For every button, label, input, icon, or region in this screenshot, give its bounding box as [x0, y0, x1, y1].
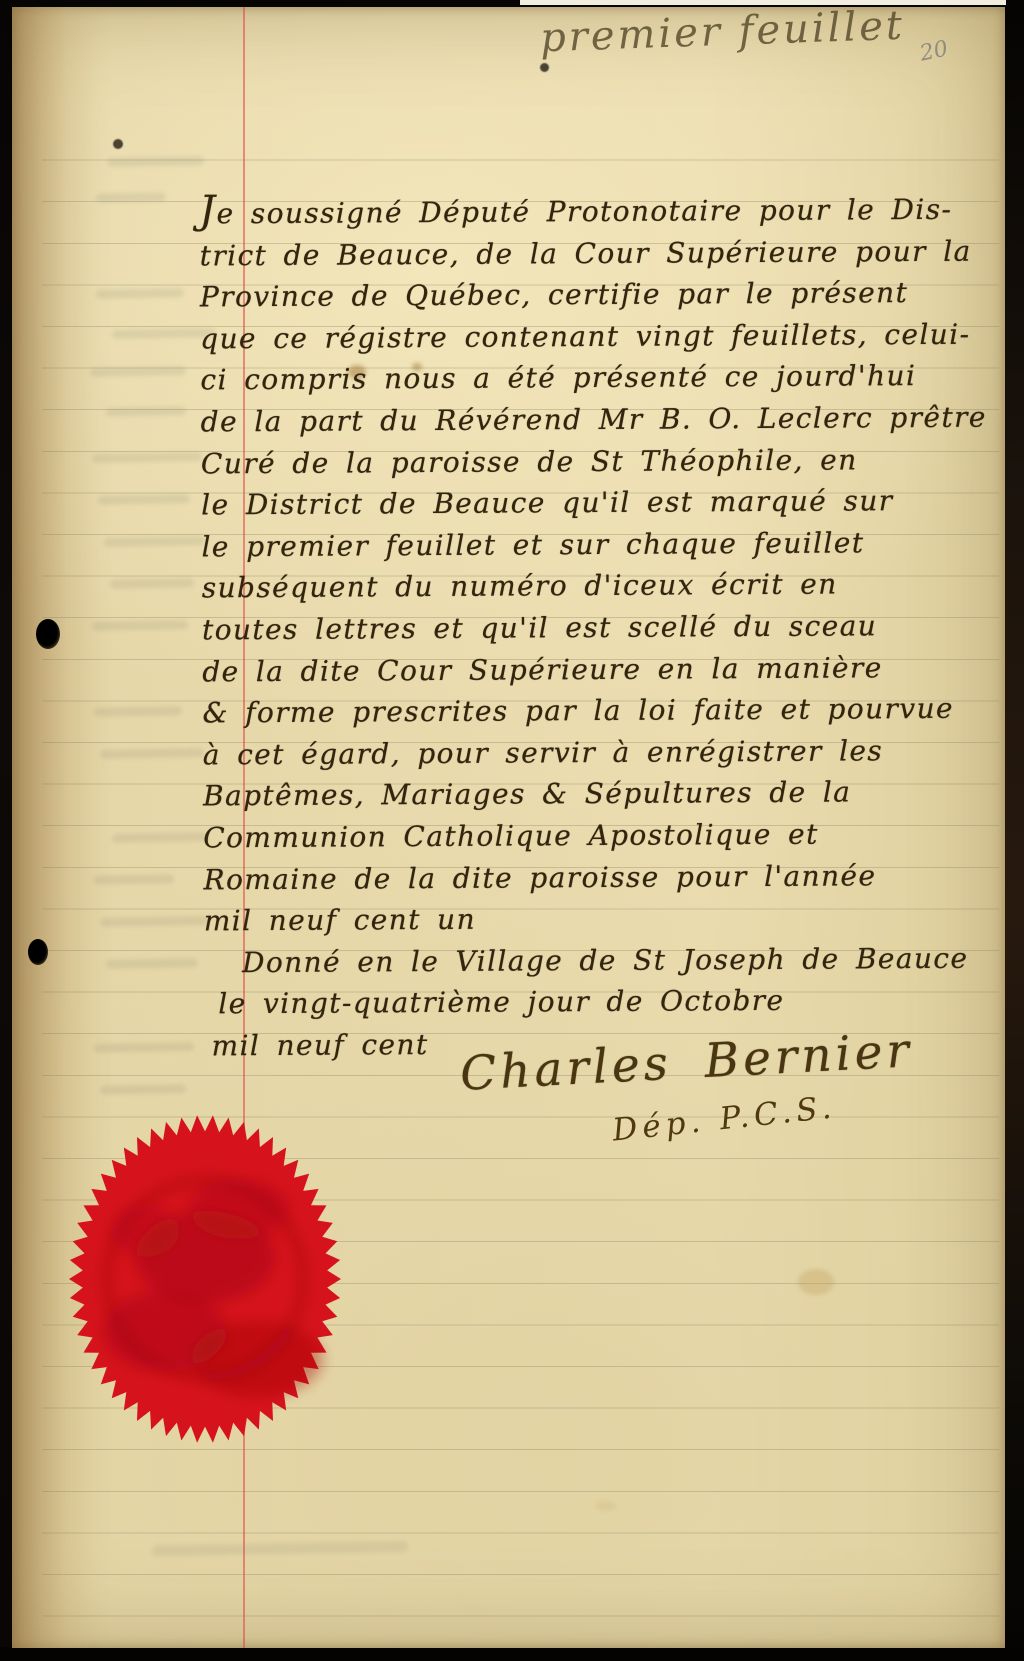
- certificate-body: Je soussigné Député Protonotaire pour le…: [199, 186, 990, 1067]
- manuscript-line: à cet égard, pour servir à enrégistrer l…: [203, 729, 989, 775]
- bleedthrough-smudge: [110, 578, 194, 588]
- manuscript-line: le District de Beauce qu'il est marqué s…: [201, 480, 987, 526]
- bleedthrough-smudge: [96, 192, 166, 202]
- bleedthrough-smudge: [100, 1084, 186, 1094]
- ink-speck: [113, 139, 123, 149]
- manuscript-line: subséquent du numéro d'iceux écrit en: [202, 563, 988, 609]
- bleedthrough-smudge: [98, 494, 190, 505]
- manuscript-line: Romaine de la dite paroisse pour l'année: [203, 854, 989, 900]
- bleedthrough-smudge: [104, 536, 204, 547]
- scan-background-bottom: [0, 1647, 1024, 1661]
- bleedthrough-smudge: [94, 706, 182, 717]
- manuscript-line: Je soussigné Député Protonotaire pour le…: [199, 186, 985, 235]
- bleedthrough-smudge: [94, 874, 174, 884]
- manuscript-line: toutes lettres et qu'il est scellé du sc…: [202, 605, 988, 651]
- manuscript-line: trict de Beauce, de la Cour Supérieure p…: [200, 230, 986, 276]
- manuscript-line: mil neuf cent un: [204, 896, 990, 942]
- manuscript-line: Donné en le Village de St Joseph de Beau…: [242, 937, 990, 983]
- binding-hole: [36, 619, 60, 649]
- manuscript-line: le premier feuillet et sur chaque feuill…: [201, 521, 987, 567]
- bleedthrough-smudge: [92, 452, 202, 463]
- paper-stain: [596, 1501, 616, 1511]
- manuscript-line: Curé de la paroisse de St Théophile, en: [201, 438, 987, 484]
- manuscript-line: que ce régistre contenant vingt feuillet…: [200, 313, 986, 359]
- document-scan: premier feuillet 20 Je soussigné Député …: [0, 0, 1024, 1661]
- register-page: premier feuillet 20 Je soussigné Député …: [12, 7, 1005, 1648]
- bleedthrough-smudge: [106, 958, 198, 969]
- manuscript-line: Province de Québec, certifie par le prés…: [200, 272, 986, 318]
- ink-speck: [540, 63, 549, 72]
- bleedthrough-smudge: [92, 620, 188, 631]
- bleedthrough-smudge: [100, 748, 204, 759]
- bleedthrough-smudge: [112, 832, 208, 843]
- binding-hole: [28, 939, 48, 965]
- bleedthrough-smudge: [108, 156, 204, 167]
- manuscript-line: Baptêmes, Mariages & Sépultures de la: [203, 771, 989, 817]
- page-edge-highlight: [520, 0, 1006, 5]
- header-inscription: premier feuillet: [539, 7, 905, 61]
- manuscript-line: ci compris nous a été présenté ce jourd'…: [200, 355, 986, 401]
- manuscript-line: de la dite Cour Supérieure en la manière: [202, 646, 988, 692]
- bleedthrough-smudge: [106, 406, 186, 416]
- bleedthrough-smudge: [94, 1042, 194, 1053]
- red-wax-seal: [55, 1107, 355, 1451]
- manuscript-line: Communion Catholique Apostolique et: [203, 813, 989, 859]
- bleedthrough-smudge: [100, 916, 208, 927]
- paper-stain: [798, 1269, 834, 1295]
- manuscript-line: le vingt-quatrième jour de Octobre: [218, 979, 990, 1025]
- manuscript-line: & forme prescrites par la loi faite et p…: [202, 688, 988, 734]
- manuscript-line: de la part du Révérend Mr B. O. Leclerc …: [201, 397, 987, 443]
- pencil-page-number: 20: [918, 36, 951, 66]
- bleedthrough-smudge: [90, 366, 186, 377]
- bleedthrough-smudge: [96, 288, 184, 299]
- scan-background-right: [1004, 0, 1024, 1661]
